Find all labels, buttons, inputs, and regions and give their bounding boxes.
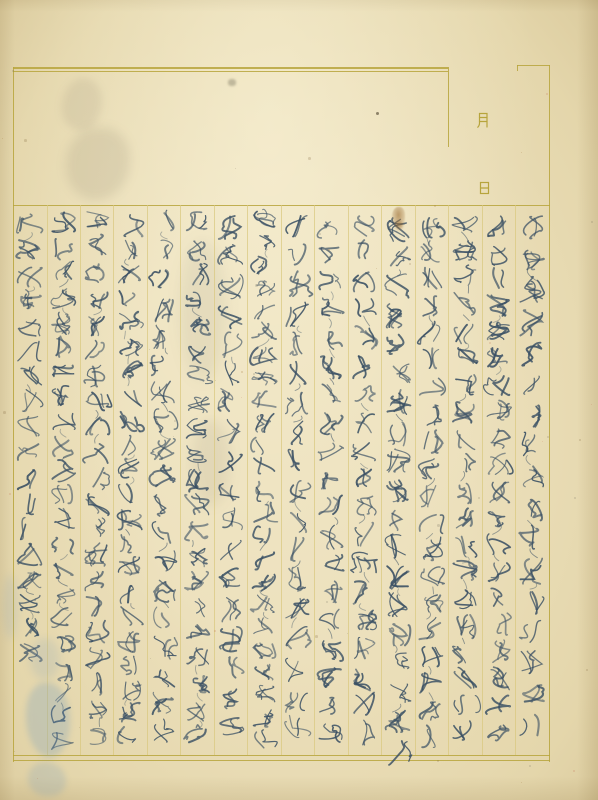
handwriting-column <box>149 210 178 742</box>
handwriting-column <box>519 216 544 735</box>
speck <box>489 342 491 344</box>
speck <box>24 139 27 142</box>
handwriting-column <box>217 216 243 735</box>
speck <box>174 420 176 422</box>
speck <box>315 635 318 638</box>
speck <box>437 524 440 527</box>
handwriting-column <box>250 209 277 747</box>
handwriting-column <box>117 215 143 743</box>
speck <box>434 205 436 207</box>
speck <box>255 284 258 287</box>
handwriting-column <box>317 222 343 742</box>
speck <box>253 373 255 375</box>
handwriting-column <box>351 216 378 745</box>
handwriting-column <box>83 212 112 745</box>
speck <box>14 751 15 752</box>
handwriting-column <box>452 217 480 740</box>
speck <box>12 70 14 72</box>
speck <box>3 411 6 414</box>
speck <box>150 658 151 659</box>
handwriting-column <box>285 216 313 738</box>
speck <box>241 371 243 373</box>
speck <box>521 782 522 783</box>
handwriting-column <box>51 213 75 750</box>
scanned-diary-page: 月 日 庭園七ヶ東園を整備すべしと手配した家の電話をしては鉄條網をめぐらしてゐる… <box>0 0 598 800</box>
handwriting-column <box>484 216 513 740</box>
handwriting-column <box>418 218 446 747</box>
handwriting-column <box>184 212 213 742</box>
handwriting-layer <box>0 0 598 800</box>
handwriting-column <box>16 214 43 661</box>
speck <box>214 630 216 632</box>
handwriting-column <box>385 218 412 765</box>
speck <box>579 439 581 441</box>
speck <box>319 233 321 235</box>
speck <box>37 778 38 779</box>
speck <box>308 157 311 160</box>
speck <box>542 441 543 442</box>
